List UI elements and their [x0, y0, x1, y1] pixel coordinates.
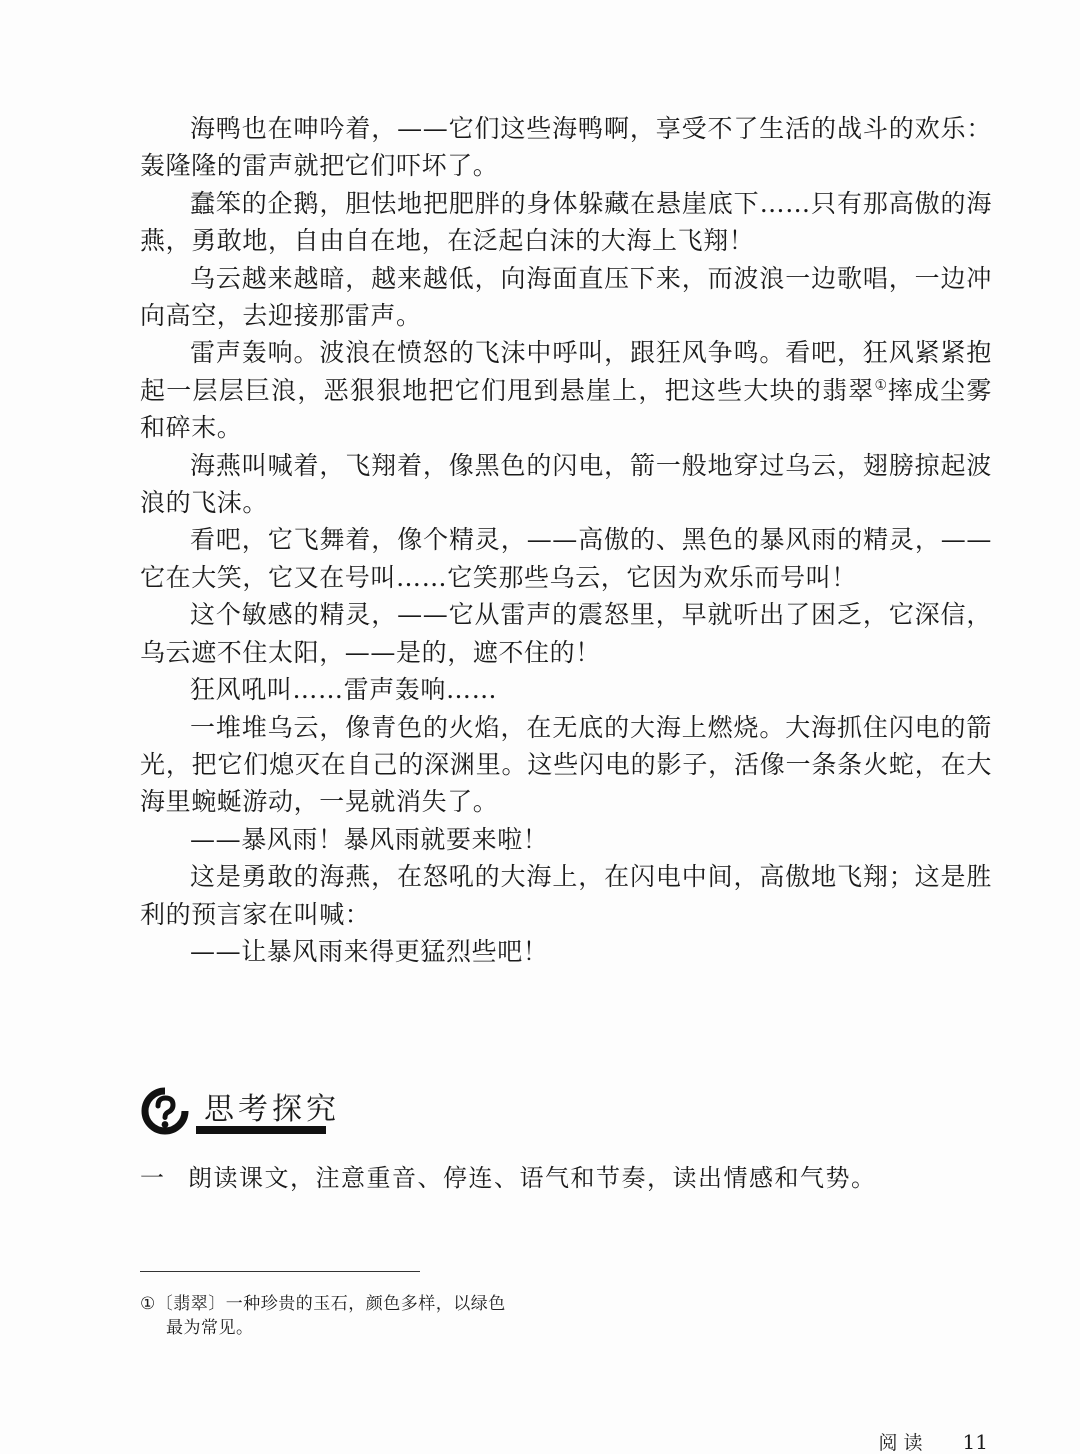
question-mark-circle-icon [140, 1086, 190, 1136]
footnote-term: 〔翡翠〕 [156, 1294, 226, 1314]
paragraph: ——让暴风雨来得更猛烈些吧！ [140, 933, 992, 970]
paragraph: 一堆堆乌云，像青色的火焰，在无底的大海上燃烧。大海抓住闪电的箭光，把它们熄灭在自… [140, 709, 992, 821]
question-number: 一 [140, 1158, 188, 1193]
paragraph: 蠢笨的企鹅，胆怯地把肥胖的身体躲藏在悬崖底下……只有那高傲的海燕，勇敢地，自由自… [140, 185, 992, 260]
section-heading: 思考探究 [140, 1082, 340, 1144]
paragraph-text: 雷声轰响。波浪在愤怒的飞沫中呼叫，跟狂风争鸣。看吧，狂风紧紧抱起一层层巨浪，恶狠… [140, 338, 992, 404]
paragraph: 这是勇敢的海燕，在怒吼的大海上，在闪电中间，高傲地飞翔；这是胜利的预言家在叫喊： [140, 858, 992, 933]
question-item: 一朗读课文，注意重音、停连、语气和节奏，读出情感和气势。 [140, 1158, 877, 1193]
footer-section-name: 阅读 [878, 1432, 928, 1454]
footnote-line: ①〔翡翠〕一种珍贵的玉石，颜色多样，以绿色 [140, 1292, 560, 1316]
paragraph: 这个敏感的精灵，——它从雷声的震怒里，早就听出了困乏，它深信，乌云遮不住太阳，—… [140, 596, 992, 671]
paragraph: ——暴风雨！暴风雨就要来啦！ [140, 821, 992, 858]
section-title: 思考探究 [204, 1084, 340, 1128]
page-number: 11 [963, 1430, 988, 1454]
paragraph: 海燕叫喊着，飞翔着，像黑色的闪电，箭一般地穿过乌云，翅膀掠起波浪的飞沫。 [140, 447, 992, 522]
paragraph-with-footnote: 雷声轰响。波浪在愤怒的飞沫中呼叫，跟狂风争鸣。看吧，狂风紧紧抱起一层层巨浪，恶狠… [140, 334, 992, 446]
footnote-marker: ① [140, 1294, 156, 1314]
main-text: 海鸭也在呻吟着，——它们这些海鸭啊，享受不了生活的战斗的欢乐：轰隆隆的雷声就把它… [140, 110, 992, 970]
footnote-text: 一种珍贵的玉石，颜色多样，以绿色 [226, 1294, 506, 1314]
paragraph: 乌云越来越暗，越来越低，向海面直压下来，而波浪一边歌唱，一边冲向高空，去迎接那雷… [140, 260, 992, 335]
paragraph: 海鸭也在呻吟着，——它们这些海鸭啊，享受不了生活的战斗的欢乐：轰隆隆的雷声就把它… [140, 110, 992, 185]
paragraph: 看吧，它飞舞着，像个精灵，——高傲的、黑色的暴风雨的精灵，——它在大笑，它又在号… [140, 521, 992, 596]
section-underline [196, 1126, 326, 1134]
footnote-divider [140, 1271, 420, 1272]
question-text: 朗读课文，注意重音、停连、语气和节奏，读出情感和气势。 [188, 1164, 877, 1192]
footnote-reference[interactable]: ① [875, 378, 888, 394]
textbook-page: 海鸭也在呻吟着，——它们这些海鸭啊，享受不了生活的战斗的欢乐：轰隆隆的雷声就把它… [0, 0, 1080, 1454]
footnote-line-continued: 最为常见。 [140, 1316, 560, 1340]
paragraph: 狂风吼叫……雷声轰响…… [140, 671, 992, 708]
footnote: ①〔翡翠〕一种珍贵的玉石，颜色多样，以绿色 最为常见。 [140, 1292, 560, 1340]
page-footer: 阅读 11 [878, 1428, 988, 1454]
